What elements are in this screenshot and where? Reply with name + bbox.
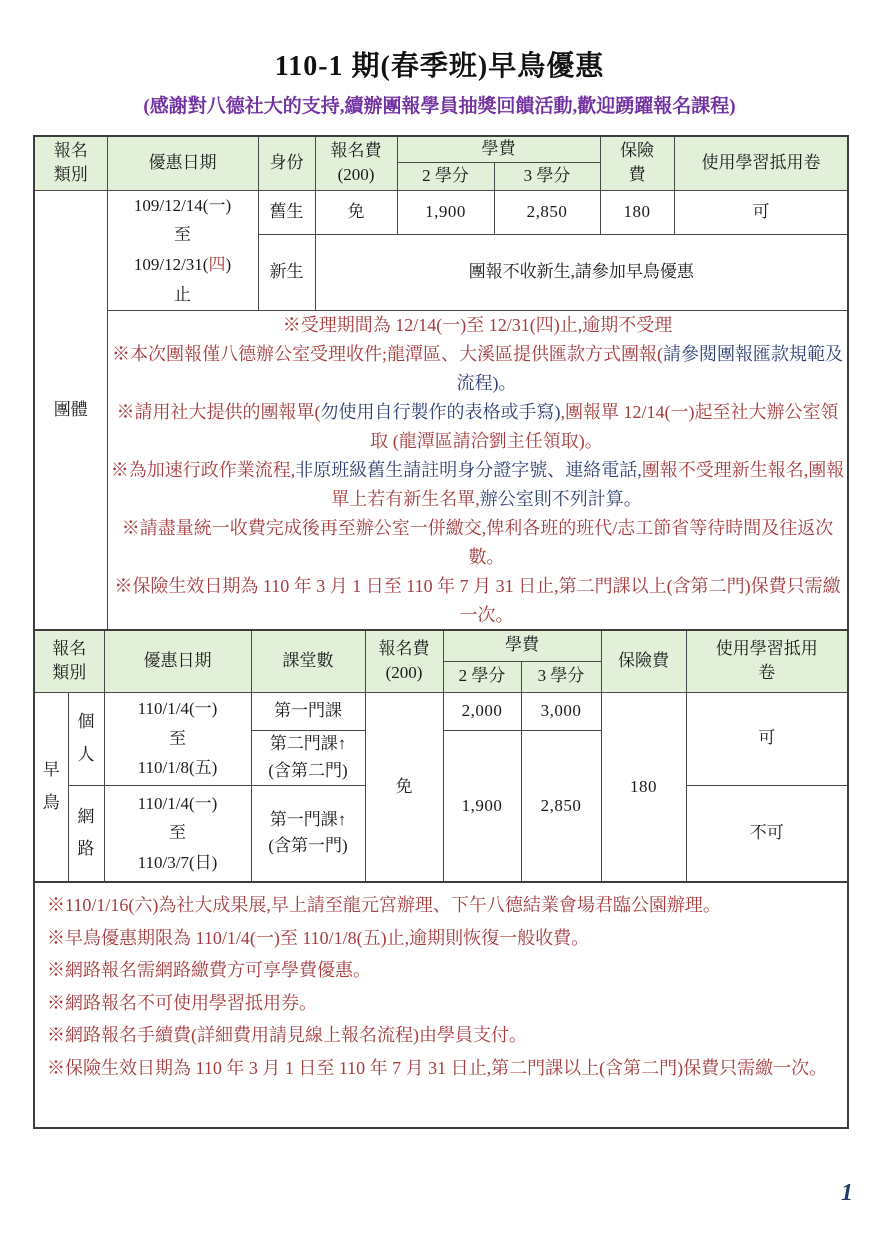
t2-header-credit3: 3 學分 [521, 661, 601, 692]
t1-date-cell: 109/12/14(一) 至 109/12/31(四) 止 [107, 190, 258, 310]
t1-new-message: 團報不收新生,請參加早鳥優惠 [315, 234, 848, 310]
t2-personal-date-cell: 110/1/4(一) 至 110/1/8(五) [104, 692, 251, 785]
t1-header-insurance-line1: 保險 [603, 139, 672, 164]
t1-header-fee: 報名費 (200) [315, 136, 397, 190]
t2-header-classes: 課堂數 [251, 630, 365, 692]
t2-header-voucher-line1: 使用學習抵用 [689, 637, 846, 662]
t1-header-voucher: 使用學習抵用卷 [674, 136, 848, 190]
t1-header-category-line2: 類別 [37, 163, 105, 188]
t2-header-voucher: 使用學習抵用 卷 [686, 630, 848, 692]
t1-header-insurance-line2: 費 [603, 163, 672, 188]
t2-online-label-cell: 網路 [68, 785, 104, 882]
t2-personal-class2-line2: (含第二門) [254, 758, 363, 784]
bottom-notes-box: ※110/1/16(六)為社大成果展,早上請至龍元宮辦理、下午八德結業會場君臨公… [33, 881, 849, 1129]
text-segment: ※早鳥優惠期限為 110/1/4(一)至 110/1/8(五)止,逾期則恢復一般… [47, 928, 589, 948]
note-line: ※為加速行政作業流程,非原班級舊生請註明身分證字號、連絡電話,團報不受理新生報名… [110, 456, 846, 514]
t2-online-date-cell: 110/1/4(一) 至 110/3/7(日) [104, 785, 251, 882]
t2-personal-class1: 第一門課 [251, 692, 365, 730]
t1-old-identity: 舊生 [258, 190, 315, 234]
t2-header-date: 優惠日期 [104, 630, 251, 692]
t2-header-category-line2: 類別 [37, 661, 102, 686]
text-segment: ※網路報名不可使用學習抵用券。 [47, 993, 317, 1013]
t1-header-date: 優惠日期 [107, 136, 258, 190]
note-line: ※110/1/16(六)為社大成果展,早上請至龍元宮辦理、下午八德結業會場君臨公… [47, 889, 835, 922]
text-segment: ※請用社大提供的團報單( [117, 402, 321, 422]
t2-personal-class2-line1: 第二門課↑ [254, 731, 363, 757]
text-segment: ※網路報名手續費(詳細費用請見線上報名流程)由學員支付。 [47, 1025, 527, 1045]
text-segment: ) [225, 255, 231, 274]
t2-header-category-line1: 報名 [37, 637, 102, 662]
note-line: ※早鳥優惠期限為 110/1/4(一)至 110/1/8(五)止,逾期則恢復一般… [47, 922, 835, 955]
t1-date-line3: 109/12/31(四) [110, 250, 256, 280]
t2-header-tuition: 學費 [443, 630, 601, 661]
text-segment: ※保險生效日期為 110 年 3 月 1 日至 110 年 7 月 31 日止,… [47, 1058, 827, 1078]
t1-category-group-cell: 團體 [34, 190, 107, 631]
page-subtitle: (感謝對八德社大的支持,續辦團報學員抽獎回饋活動,歡迎踴躍報名課程) [0, 91, 879, 118]
t2-online-date-line3: 110/3/7(日) [107, 848, 249, 878]
t2-fee-cell: 免 [365, 692, 443, 882]
t1-old-credit3: 2,850 [494, 190, 600, 234]
t1-notes-cell: ※受理期間為 12/14(一)至 12/31(四)止,逾期不受理※本次團報僅八德… [107, 310, 848, 631]
text-segment: ※保險生效日期為 110 年 3 月 1 日至 110 年 7 月 31 日止,… [114, 576, 840, 625]
t2-online-date-line1: 110/1/4(一) [107, 789, 249, 819]
text-segment: ※請盡量統一收費完成後再至辦公室一併繳交,俾利各班的班代/志工節省等待時間及往返… [122, 518, 834, 567]
t2-personal-label-cell: 個人 [68, 692, 104, 785]
t2-rest-credit2: 1,900 [443, 730, 521, 882]
t2-header-voucher-line2: 卷 [689, 661, 846, 686]
t1-date-line2: 至 [110, 220, 256, 250]
t2-personal-class2: 第二門課↑ (含第二門) [251, 730, 365, 785]
text-segment: ※110/1/16(六)為社大成果展,早上請至龍元宮辦理、下午八德結業會場君臨公… [47, 895, 721, 915]
t1-header-fee-line1: 報名費 [318, 139, 395, 164]
t1-header-credit3: 3 學分 [494, 162, 600, 190]
t1-old-credit2: 1,900 [397, 190, 494, 234]
t1-header-insurance: 保險 費 [600, 136, 674, 190]
t2-insurance-cell: 180 [601, 692, 686, 882]
note-line: ※受理期間為 12/14(一)至 12/31(四)止,逾期不受理 [110, 311, 846, 340]
t2-header-fee-line1: 報名費 [368, 637, 441, 662]
text-segment: ※為加速行政作業流程, [111, 460, 296, 480]
t1-old-voucher: 可 [674, 190, 848, 234]
t1-header-credit2: 2 學分 [397, 162, 494, 190]
page-title: 110-1 期(春季班)早鳥優惠 [0, 44, 879, 84]
note-line: ※網路報名不可使用學習抵用券。 [47, 987, 835, 1020]
t1-date-line1: 109/12/14(一) [110, 191, 256, 221]
t1-header-category-line1: 報名 [37, 139, 105, 164]
t1-date-line4: 止 [110, 280, 256, 310]
text-segment: ※網路報名需網路繳費方可享學費優惠。 [47, 960, 371, 980]
t1-header-fee-line2: (200) [318, 163, 395, 188]
text-segment: 非原班級舊生請註明身分證字號、連絡電話, [295, 460, 642, 480]
note-line: ※請盡量統一收費完成後再至辦公室一併繳交,俾利各班的班代/志工節省等待時間及往返… [110, 514, 846, 572]
note-line: ※本次團報僅八德辦公室受理收件;龍潭區、大溪區提供匯款方式團報(請參閱團報匯款規… [110, 340, 846, 398]
note-line: ※保險生效日期為 110 年 3 月 1 日至 110 年 7 月 31 日止,… [110, 572, 846, 630]
t1-new-identity: 新生 [258, 234, 315, 310]
t2-earlybird-label: 早鳥 [43, 754, 60, 819]
text-segment: 109/12/31( [134, 255, 209, 274]
text-segment: 四 [208, 255, 225, 274]
t1-old-insurance: 180 [600, 190, 674, 234]
t2-online-label: 網路 [78, 801, 95, 866]
t2-online-voucher: 不可 [686, 785, 848, 882]
text-segment: 辦公室則不列計算。 [480, 489, 642, 509]
t2-header-category: 報名 類別 [34, 630, 104, 692]
text-segment: ※受理期間為 12/14(一)至 12/31(四)止,逾期不受理 [283, 315, 672, 335]
t2-header-fee-line2: (200) [368, 661, 441, 686]
t1-old-fee: 免 [315, 190, 397, 234]
t1-header-identity: 身份 [258, 136, 315, 190]
t2-online-date-line2: 至 [107, 818, 249, 848]
t2-header-credit2: 2 學分 [443, 661, 521, 692]
page-number: 1 [841, 1180, 853, 1207]
note-line: ※網路報名手續費(詳細費用請見線上報名流程)由學員支付。 [47, 1019, 835, 1052]
note-line: ※請用社大提供的團報單(勿使用自行製作的表格或手寫),團報單 12/14(一)起… [110, 398, 846, 456]
t2-rest-credit3: 2,850 [521, 730, 601, 882]
text-segment: ※本次團報僅八德辦公室受理收件;龍潭區、大溪區提供匯款方式團報( [112, 344, 663, 364]
note-line: ※網路報名需網路繳費方可享學費優惠。 [47, 954, 835, 987]
t2-category-earlybird-cell: 早鳥 [34, 692, 68, 882]
t2-online-class: 第一門課↑ (含第一門) [251, 785, 365, 882]
t2-personal-date-line3: 110/1/8(五) [107, 753, 249, 783]
text-segment: 勿使用自行製作的表格或手寫) [321, 402, 561, 422]
t2-personal-voucher: 可 [686, 692, 848, 785]
group-discount-table: 報名 類別 優惠日期 身份 報名費 (200) 學費 保險 費 使用學習抵用卷 … [33, 135, 849, 632]
t2-online-class-line2: (含第一門) [254, 833, 363, 859]
t1-header-category: 報名 類別 [34, 136, 107, 190]
t2-personal-credit2: 2,000 [443, 692, 521, 730]
t2-personal-label: 個人 [78, 706, 95, 771]
t2-personal-date-line1: 110/1/4(一) [107, 694, 249, 724]
document-page: 110-1 期(春季班)早鳥優惠 (感謝對八德社大的支持,續辦團報學員抽獎回饋活… [0, 0, 879, 1241]
t2-online-class-line1: 第一門課↑ [254, 807, 363, 833]
note-line: ※保險生效日期為 110 年 3 月 1 日至 110 年 7 月 31 日止,… [47, 1052, 835, 1085]
earlybird-discount-table: 報名 類別 優惠日期 課堂數 報名費 (200) 學費 保險費 使用學習抵用 卷… [33, 629, 849, 883]
t2-header-insurance: 保險費 [601, 630, 686, 692]
t2-header-fee: 報名費 (200) [365, 630, 443, 692]
t2-personal-credit3: 3,000 [521, 692, 601, 730]
t2-personal-date-line2: 至 [107, 724, 249, 754]
t1-header-tuition: 學費 [397, 136, 600, 162]
